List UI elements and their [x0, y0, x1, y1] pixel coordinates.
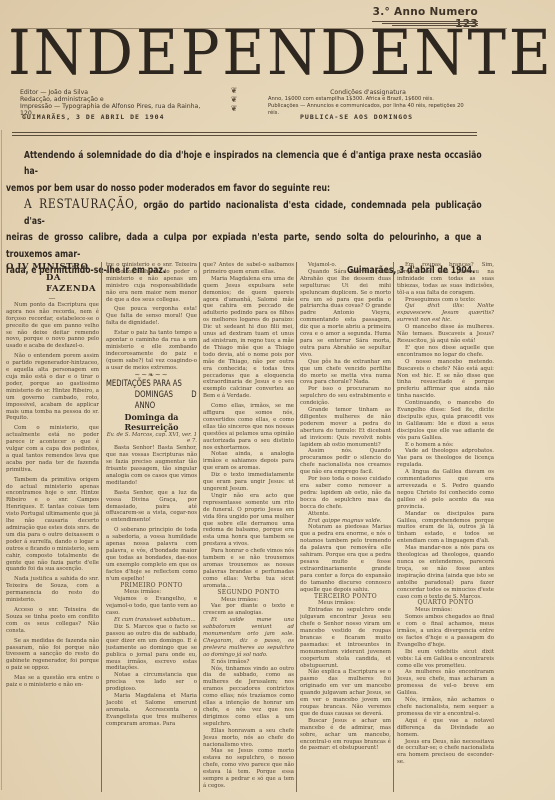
paragraph: As mulheres não encontraram Jesus, seu c… [397, 669, 494, 697]
dateline: GUIMARÃES, 3 DE ABRIL DE 1904 [22, 113, 202, 121]
paragraph: Somos ambos chegados ao final e com o fi… [397, 614, 494, 649]
paragraph: O mancebo disse ás mulheres. Não temaes.… [397, 324, 494, 345]
publication-day: PUBLICA-SE AOS DOMINGOS [300, 113, 460, 121]
editor-line: Editor — João da Silva [20, 89, 210, 96]
paragraph: Diz S. Marcos que o facto se passou ao o… [106, 624, 197, 672]
salutation: Meus irmãos: [300, 600, 391, 607]
meditations-line: MEDITAÇÕES PARA AS [106, 379, 197, 390]
paragraph: tre o ministerio e o snr. Teixeira de So… [106, 262, 197, 303]
paragraph: Maria Magdalena era uma de quem Jesus ex… [203, 276, 294, 400]
meditations-headline: MEDITAÇÕES PARA AS DOMINGAS DO ANNO [106, 379, 197, 412]
paragraph: Nós, irmãos, não achamos o chefe naciona… [397, 697, 494, 718]
article-headline: DA FAZENDA [6, 273, 99, 295]
column-5: Em roupas brancas? Sim, porque se nos pa… [397, 262, 494, 800]
office-line: Redacção, administração e [20, 96, 210, 103]
notice-line: vemos por bem usar do nosso poder modera… [6, 181, 482, 197]
paragraph: Basta Senhor! Basta Senhor, que nas voss… [106, 445, 197, 486]
paragraph: Estar o paiz ha tanto tempo a apontar o … [106, 330, 197, 371]
paragraph: Jesus era Deus, não necessitava de occul… [397, 739, 494, 767]
paragraph: A lingua da Galilea diavam os commentado… [397, 469, 494, 510]
column-3: que? Antes de sabel-o saibamos primeiro … [203, 262, 294, 800]
newspaper-page: 3.° Anno Numero 123 INDEPENDENTE Editor … [0, 0, 555, 800]
paragraph: Assim nós. Quando procuramos pedir o sil… [300, 448, 391, 476]
column-rule [199, 262, 200, 792]
paragraph: Attente. [300, 511, 391, 518]
paragraph: Proseguimos com o texto: [397, 297, 494, 304]
paragraph: Vae por diante o texto e crescem as anal… [203, 603, 294, 617]
paragraph: Notae a circumstancia que precisa vos la… [106, 672, 197, 693]
paragraph: Que pôs ha de extranhar em que um chefe … [300, 359, 391, 387]
column-rule [393, 262, 394, 792]
paragraph: Vejamol-o. [300, 262, 391, 269]
left-margin-rule [1, 130, 2, 790]
column-2: tre o ministerio e o snr. Teixeira de So… [106, 262, 197, 800]
column-rule [101, 262, 102, 792]
paragraph: Que pouca vergonha esta! Que falta de se… [106, 306, 197, 327]
column-4: Vejamol-o. Quando Sára morreu pediu Abra… [300, 262, 391, 800]
masthead-title: INDEPENDENTE [8, 22, 478, 84]
notice-line: A RESTAURAÇÃO, orgão do partido nacional… [6, 197, 482, 231]
notice-line: Attendendo á solemnidade do dia d'hoje e… [6, 148, 482, 181]
paragraph: Num ponto da Escriptura que agora nos nã… [6, 302, 99, 350]
ornament-glyph: ❦ [231, 104, 238, 113]
paragraph: Nós, tinhamos vindo ao outro dia de sabb… [203, 666, 294, 728]
paragraph: Continuando, o mancebo do Evangelho diss… [397, 400, 494, 441]
notice-line: neiras de grosso calibre, dada a culpa p… [6, 230, 482, 263]
paragraph: Mas se a questão era entre o paiz e o mi… [6, 675, 99, 689]
paragraph: E nós irmãos? [203, 659, 294, 666]
paragraph: Ungir não era acto que representasse som… [203, 493, 294, 548]
paragraph: Buscar Jesus e achar um mancebo é de adm… [300, 718, 391, 753]
paragraph: Erat quippe magnus valde. [300, 518, 391, 525]
paragraph: Aqui é que vae a notavel differença da D… [397, 718, 494, 739]
flourish-divider: ~~❧~~ [106, 372, 197, 379]
subscription-year: Anno, 1$000 com estampilha 1$300. Africa… [268, 96, 468, 103]
paragraph: Grande temor tinham as diligentes mulher… [300, 407, 391, 448]
paragraph: O nosso mancebo metendo. Buscaveis o che… [397, 359, 494, 400]
column-rule [296, 262, 297, 792]
paragraph: Ellas honravam a seu chefe Jesus morto, … [203, 728, 294, 749]
paragraph: Quando Sára morreu pediu Abrahão que lhe… [300, 269, 391, 359]
paragraph: Mas se Jesus como morto estava no sepulc… [203, 748, 294, 789]
meditations-line: DOMINGAS DO ANNO [106, 390, 197, 412]
article-subhead: Dominga da Resurreição [106, 412, 197, 432]
paragraph: O soberano principio de toda a sabedoria… [106, 527, 197, 582]
paragraph: Ibi eum videbitis sicut dixit vobis: Lá … [397, 649, 494, 670]
paragraph: Não o entendem porem assim o partido reg… [6, 353, 99, 422]
paragraph: Em roupas brancas? Sim, porque se nos pa… [397, 262, 494, 297]
paragraph: Por isso toda o nosso cuidado era saber … [300, 476, 391, 511]
salutation: Meus irmãos: [397, 607, 494, 614]
ornament-glyph: ❦ [231, 86, 238, 95]
paragraph: Por isso o procuraram no sepulchro do se… [300, 386, 391, 407]
paragraph: Notae ainda, a analogia irmãos e sahiamo… [203, 451, 294, 472]
masthead-ornament-icon: ❦ ❦ ❦ [229, 86, 239, 114]
salutation: Meus irmãos: [106, 589, 197, 596]
paragraph: Se as medidas de fazenda não passaram, n… [6, 638, 99, 673]
subscription-title: Condições d'assignatura [268, 89, 468, 96]
paragraph: Mandar os discipulos para Galilea, compr… [397, 511, 494, 546]
paragraph: E o homem a nós: [397, 442, 494, 449]
paragraph: Com o ministerio, que actualmente está n… [6, 425, 99, 473]
paragraph: Et cum transisset sabbatum... [106, 617, 197, 624]
paragraph: Vade ad theologos adprobatos. Vae para o… [397, 448, 494, 469]
paragraph: Qui dixit illis: Nolite expavescere. Jes… [397, 303, 494, 324]
paragraph: Mas mandar-nos a nós para os theologicas… [397, 545, 494, 600]
paragraph: Nada justifica a sahida do snr. Teixeira… [6, 576, 99, 604]
paragraph: Tambem da primitiva origem do actual min… [6, 477, 99, 574]
short-rule: — [6, 295, 99, 302]
article-columns: O IV MINISTRO DA FAZENDA — Num ponto da … [4, 262, 504, 800]
paragraph: Vejamos o Evangelho, e vejamol-o todo, q… [106, 596, 197, 617]
paragraph: Notaram as piedosas Marias que a pedra e… [300, 524, 391, 593]
paragraph: Entradas no sepulchro onde julgavam enco… [300, 607, 391, 669]
paragraph: que? Antes de sabel-o saibamos primeiro … [203, 262, 294, 276]
article-headline: O IV MINISTRO [6, 262, 99, 273]
section-heading: SEGUNDO PONTO [203, 590, 294, 597]
scripture-citation: Ev. de S. Marcos, cap. XVI, ver. 1 e 7. [106, 432, 197, 446]
header-double-rule [12, 132, 477, 136]
amnesty-notice: Attendendo á solemnidade do dia d'hoje e… [6, 148, 482, 279]
paragraph: Para honrar o chefe vimos nós tambem e s… [203, 548, 294, 589]
paragraph: Como ellas, irmãos, se me affigura que s… [203, 403, 294, 451]
notice-caps: A RESTAURAÇÃO, [24, 197, 138, 212]
paragraph: Basta Senhor, que a luz da vossa Divina … [106, 490, 197, 525]
ornament-glyph: ❦ [231, 95, 238, 104]
paragraph: Diz o texto immediatamente que eram para… [203, 472, 294, 493]
paragraph: E' que nos disse aquelle que encontramos… [397, 345, 494, 359]
paragraph: Não explica a Escriptura se o pasmo das … [300, 669, 391, 717]
paragraph: Acceso o snr. Teixeira de Souza se tinha… [6, 607, 99, 635]
salutation: Meus irmãos: [203, 597, 294, 604]
paragraph: Maria Magdalena et Maria Jacobi et Salom… [106, 693, 197, 728]
paragraph: Et valde mane una sabbatorum veniunt ad … [203, 617, 294, 658]
column-1: O IV MINISTRO DA FAZENDA — Num ponto da … [6, 262, 99, 800]
